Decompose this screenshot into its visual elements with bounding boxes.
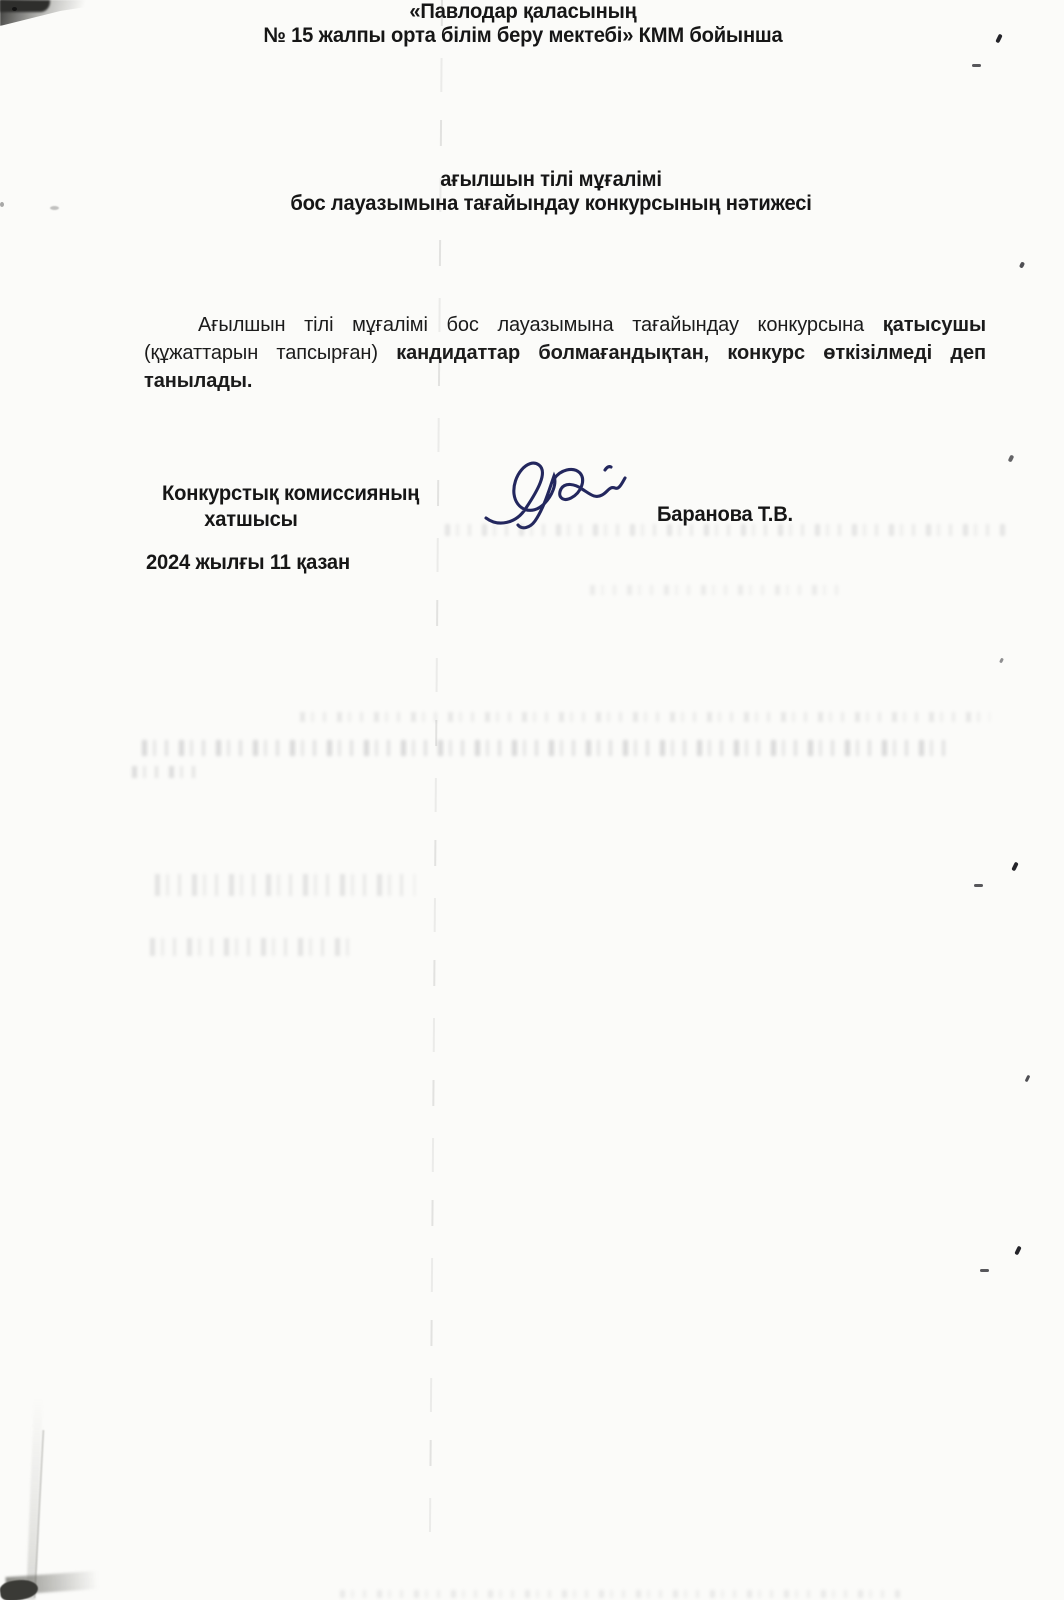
bleedthrough-smudge — [150, 938, 350, 956]
scan-speck — [12, 7, 17, 11]
paragraph-line-2: (құжаттарын тапсырған) кандидаттар болма… — [144, 339, 986, 367]
bleedthrough-smudge — [155, 874, 415, 896]
scan-mark-icon — [980, 1269, 989, 1272]
org-name-line2: № 15 жалпы орта білім беру мектебі» КММ … — [21, 24, 1025, 48]
bleedthrough-smudge — [132, 766, 202, 778]
role-line1: Конкурстық комиссияның — [162, 481, 419, 507]
paragraph-text: Ағылшын тілі мұғалімі бос лауазымына тағ… — [198, 314, 864, 336]
document-date: 2024 жылғы 11 қазан — [146, 551, 350, 575]
bleedthrough-smudge — [590, 585, 840, 595]
paragraph-text-bold: қатысушы — [883, 314, 986, 336]
paragraph-line-3: танылады. — [144, 367, 986, 395]
bleedthrough-smudge — [340, 1590, 900, 1598]
fold-crease-line — [429, 0, 443, 1560]
role-line2: хатшысы — [204, 507, 419, 533]
handwritten-signature-icon — [478, 446, 628, 534]
scan-mark-icon — [1011, 862, 1019, 872]
signatory-role: Конкурстық комиссияның хатшысы — [162, 481, 419, 533]
body-paragraph: Ағылшын тілі мұғалімі бос лауазымына тағ… — [144, 311, 986, 395]
scan-speck — [0, 202, 4, 207]
scan-mark-icon — [999, 658, 1004, 664]
scan-mark-icon — [1008, 454, 1015, 462]
paragraph-text: (құжаттарын тапсырған) — [144, 342, 378, 364]
scan-mark-icon — [1019, 261, 1025, 268]
scan-mark-icon — [972, 64, 981, 67]
bleedthrough-smudge — [142, 740, 954, 756]
paragraph-text-bold: танылады. — [144, 370, 252, 392]
paragraph-text-bold: кандидаттар болмағандықтан, конкурс өткі… — [396, 342, 986, 364]
document-title: ағылшын тілі мұғалімі бос лауазымына тағ… — [59, 168, 1044, 216]
scan-mark-icon — [1014, 1246, 1022, 1256]
bleedthrough-smudge — [445, 524, 1005, 536]
scan-mark-icon — [1025, 1075, 1031, 1083]
scanned-document-page: «Павлодар қаласының № 15 жалпы орта білі… — [0, 0, 1064, 1600]
bleedthrough-smudge — [300, 712, 990, 722]
org-name-line1: «Павлодар қаласының — [21, 0, 1025, 24]
title-line2: бос лауазымына тағайындау конкурсының нә… — [59, 192, 1044, 216]
org-header: «Павлодар қаласының № 15 жалпы орта білі… — [21, 0, 1025, 48]
scan-corner-shadow — [0, 0, 50, 12]
scan-mark-icon — [974, 884, 983, 887]
paragraph-line-1: Ағылшын тілі мұғалімі бос лауазымына тағ… — [144, 311, 986, 339]
title-line1: ағылшын тілі мұғалімі — [59, 168, 1044, 192]
scan-speck — [50, 206, 59, 210]
